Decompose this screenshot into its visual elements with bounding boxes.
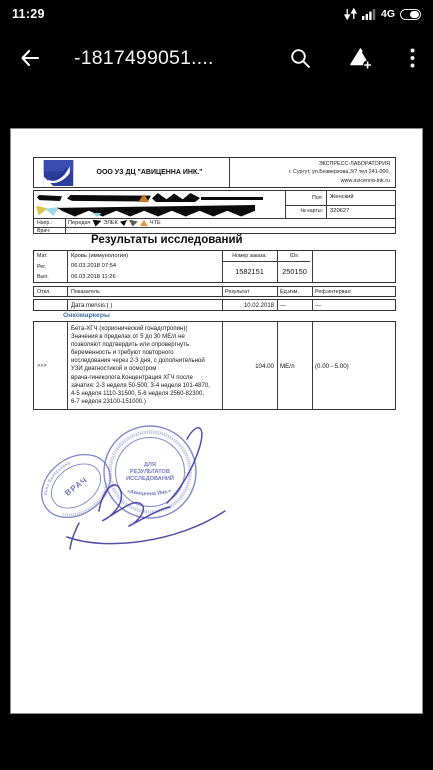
three-dots-icon <box>410 48 415 68</box>
doctor-label: Врач: <box>37 228 50 234</box>
mensis-result: 10.02.2018 <box>222 303 274 309</box>
overflow-menu-button[interactable] <box>410 48 415 68</box>
add-to-drive-icon <box>349 47 373 70</box>
referral-fragment: Передач <box>68 220 90 226</box>
marker-description: Бета-ХГЧ (хорионический гонадотропин)( З… <box>71 325 221 406</box>
redaction-mark <box>92 220 101 227</box>
col-deviation: Откл. <box>37 289 51 295</box>
redaction-mark <box>36 206 48 216</box>
redaction-mark <box>152 193 200 202</box>
search-icon <box>289 47 312 70</box>
divider <box>67 287 68 296</box>
add-to-drive-button[interactable] <box>349 47 373 70</box>
referral-fragment: ЧТЕ <box>150 220 161 226</box>
order-number-value: 1582151 <box>222 267 277 276</box>
section-oncomarkers: Онкомаркеры <box>63 312 110 319</box>
lab-contacts: ЭКСПРЕСС-ЛАБОРАТОРИЯ г. Сургут, ул.Безве… <box>230 158 395 187</box>
columns-header-row: Откл. Показатель Результат Ед.изм. Реф.и… <box>33 286 396 297</box>
col-ref: Реф.интервал <box>315 289 351 295</box>
redaction-mark <box>201 197 263 200</box>
stamps-and-signature: ДЛЯ РЕЗУЛЬТАТОВ ИССЛЕДОВАНИЙ «Авиценна И… <box>27 419 257 561</box>
stamp-text-line1: ДЛЯ <box>144 462 156 468</box>
signature <box>67 428 225 549</box>
letterhead-left: ООО УЗ ДЦ "АВИЦЕННА ИНК." <box>34 158 230 187</box>
document-viewer[interactable]: ООО УЗ ДЦ "АВИЦЕННА ИНК." ЭКСПРЕСС-ЛАБОР… <box>0 88 433 770</box>
search-button[interactable] <box>289 47 312 70</box>
sex-value: Женский <box>330 194 354 200</box>
divider <box>34 227 395 228</box>
lab-site: www.avicenna-ink.ru <box>230 177 390 185</box>
status-icons: 4G <box>344 8 421 20</box>
clock: 11:29 <box>12 7 45 21</box>
sex-label: Пол: <box>312 195 323 201</box>
lab-name: ЭКСПРЕСС-ЛАБОРАТОРИЯ <box>230 160 390 168</box>
divider <box>312 287 313 296</box>
stamp-text-line2: РЕЗУЛЬТАТОВ <box>130 469 170 475</box>
done-value: 06.03.2018 11:26 <box>71 274 116 280</box>
app-bar: -1817499051.... <box>0 28 433 88</box>
redaction-mark <box>37 195 62 201</box>
divider <box>222 261 310 262</box>
redaction-mark <box>57 205 255 217</box>
ids-label: IDs: <box>277 253 312 259</box>
deviation-flag: >>> <box>37 363 47 369</box>
redaction-mark <box>67 195 151 202</box>
referral-fragment: ЭЛЕК <box>103 220 118 226</box>
marker-unit: МЕ/л <box>280 363 295 370</box>
sex-card-box: Пол: Женский № карты: 320627 <box>285 191 396 218</box>
divider <box>67 251 68 282</box>
marker-ref-interval: (0.00 - 5.00) <box>315 363 349 370</box>
referral-value: Передач ЭЛЕК ЧТЕ <box>68 220 161 227</box>
redaction-mark <box>129 220 138 227</box>
order-info-table: Мат. Кровь (иммунология) Рег. 06.03.2018… <box>33 250 396 283</box>
back-button[interactable] <box>18 45 44 71</box>
network-activity-icon <box>344 8 357 20</box>
done-label: Вып. <box>37 274 49 280</box>
patient-info-box: Пол: Женский № карты: 320627 Напр.: Пере… <box>33 190 396 234</box>
svg-text:«Авиценна Инк.»: «Авиценна Инк.» <box>126 488 172 497</box>
mensis-indicator: Дата mensis:( ) <box>71 303 112 309</box>
col-indicator: Показатель <box>71 289 100 295</box>
divider <box>67 322 68 409</box>
avicenna-logo-icon <box>43 160 74 186</box>
registered-value: 06.03.2018 07:54 <box>71 263 116 269</box>
divider <box>312 300 313 310</box>
mensis-ref: --- <box>315 303 321 309</box>
divider <box>277 287 278 296</box>
mensis-unit: --- <box>280 303 286 309</box>
order-number-label: Номер заказа: <box>222 253 277 259</box>
col-result: Результат <box>225 289 250 295</box>
card-label: № карты: <box>300 208 323 214</box>
divider <box>312 251 313 282</box>
battery-icon <box>400 9 421 20</box>
results-title: Результаты исследований <box>91 234 243 246</box>
stamp-text-line3: ИССЛЕДОВАНИЙ <box>126 474 174 482</box>
company-name: ООО УЗ ДЦ "АВИЦЕННА ИНК." <box>74 169 229 176</box>
redaction-mark <box>140 220 148 226</box>
divider <box>277 322 278 409</box>
document-page: ООО УЗ ДЦ "АВИЦЕННА ИНК." ЭКСПРЕСС-ЛАБОР… <box>10 128 423 714</box>
card-value: 320627 <box>330 208 349 214</box>
mensis-row: Дата mensis:( ) 10.02.2018 --- --- <box>33 299 396 311</box>
divider <box>67 300 68 310</box>
divider <box>312 322 313 409</box>
col-unit: Ед.изм. <box>280 289 299 295</box>
ids-value: 250150 <box>277 267 312 276</box>
stamp-role-text: ВРАЧ <box>63 475 89 498</box>
letterhead: ООО УЗ ДЦ "АВИЦЕННА ИНК." ЭКСПРЕСС-ЛАБОР… <box>33 157 396 188</box>
stamp-company-arc: «Авиценна Инк.» <box>126 488 172 497</box>
document-title: -1817499051.... <box>74 47 214 70</box>
divider <box>277 300 278 310</box>
status-bar: 11:29 4G <box>0 0 433 28</box>
material-label: Мат. <box>37 253 48 259</box>
divider <box>222 287 223 296</box>
material-value: Кровь (иммунология) <box>71 253 128 259</box>
back-arrow-icon <box>18 46 42 70</box>
marker-result-value: 104.00 <box>222 363 274 370</box>
phone-screen: 11:29 4G <box>0 0 433 770</box>
registered-label: Рег. <box>37 264 46 270</box>
divider <box>286 205 396 206</box>
lab-address: г. Сургут, ул.Безверхова,3/7 тел 241-000… <box>230 168 390 176</box>
redaction-mark <box>120 220 127 226</box>
marker-result-table: >>> Бета-ХГЧ (хорионический гонадотропин… <box>33 321 396 410</box>
signal-strength-icon <box>362 8 376 20</box>
divider <box>65 218 66 233</box>
network-type-label: 4G <box>381 8 395 20</box>
referral-label: Напр.: <box>37 220 52 226</box>
round-stamp: ДЛЯ РЕЗУЛЬТАТОВ ИССЛЕДОВАНИЙ «Авиценна И… <box>104 426 196 518</box>
